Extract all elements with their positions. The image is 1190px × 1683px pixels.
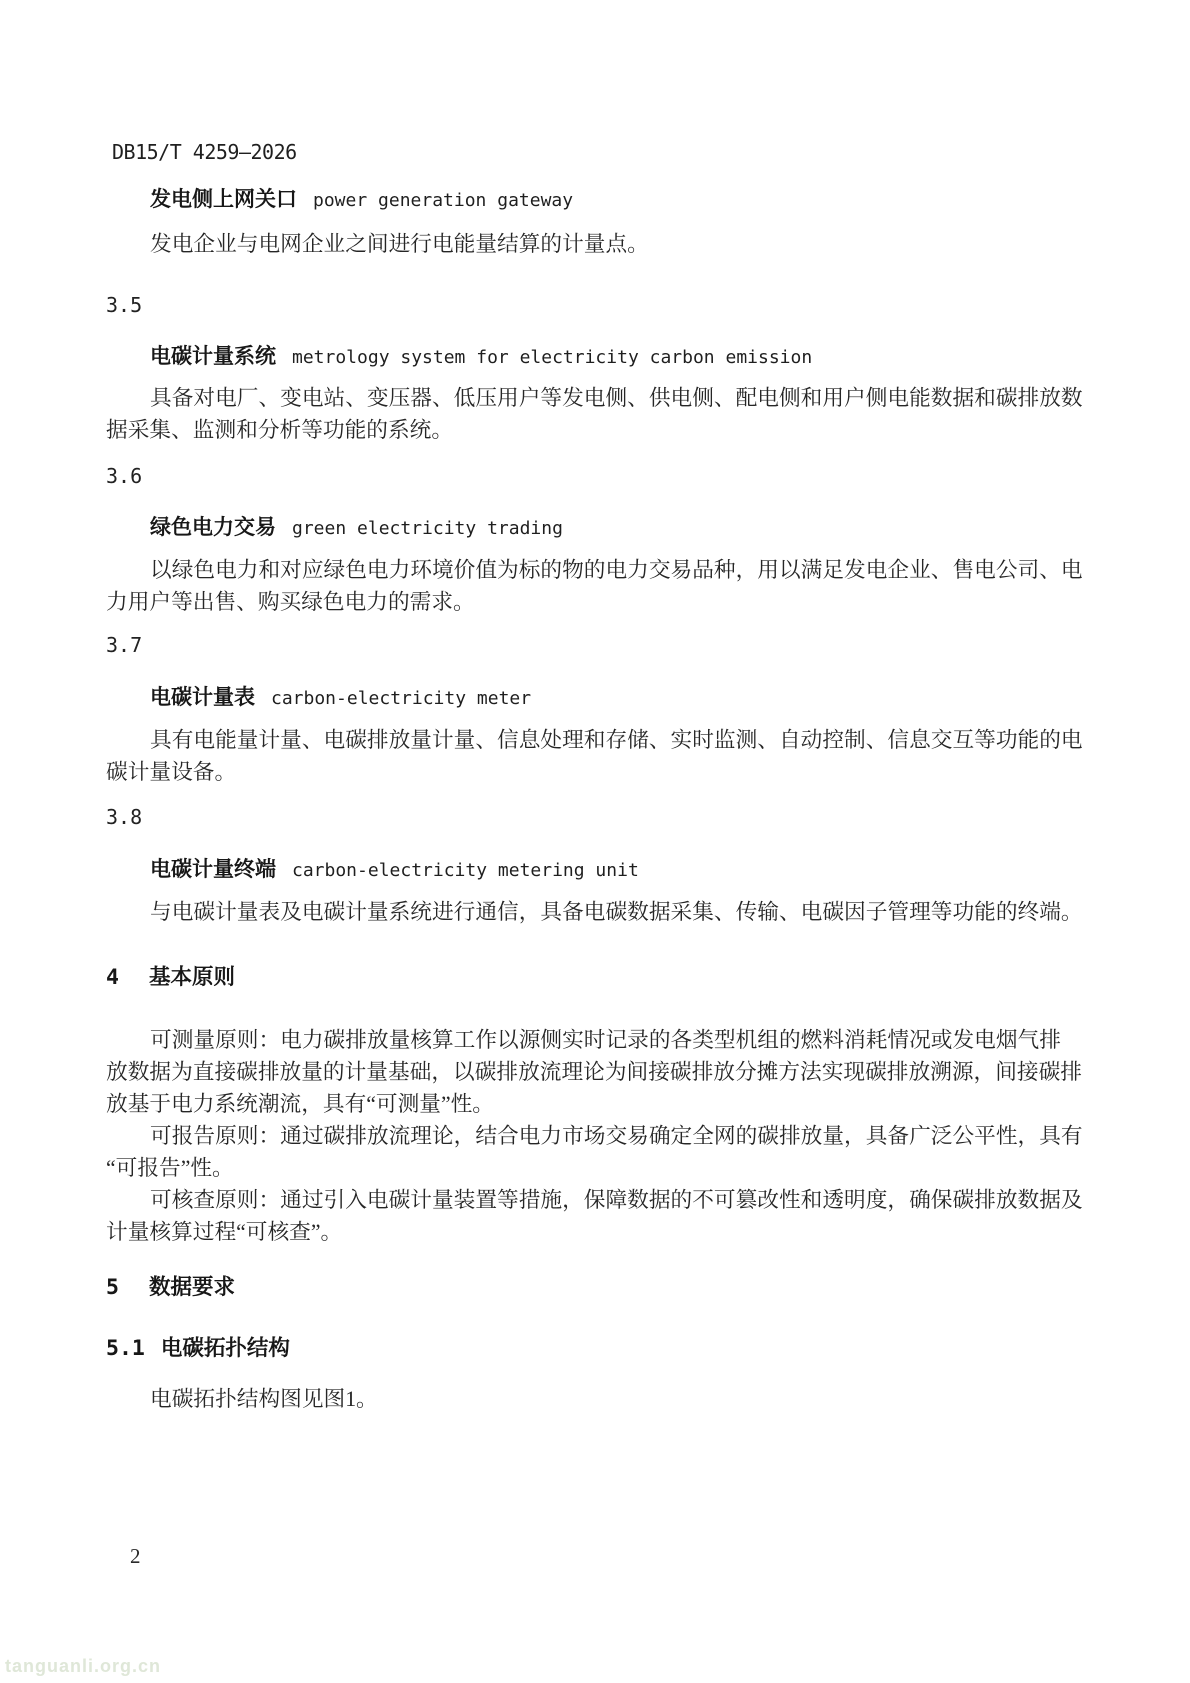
term-definition: 发电企业与电网企业之间进行电能量结算的计量点。 — [106, 228, 649, 260]
term-heading-green-electricity-trading: 绿色电力交易 green electricity trading — [150, 511, 563, 541]
term-en: green electricity trading — [292, 518, 563, 539]
document-page: DB15/T 4259—2026 发电侧上网关口 power generatio… — [0, 0, 1190, 1683]
term-definition: 与电碳计量表及电碳计量系统进行通信，具备电碳数据采集、传输、电碳因子管理等功能的… — [106, 896, 1083, 928]
section-number: 4 — [106, 965, 119, 990]
paragraph-line: 放数据为直接碳排放量的计量基础，以碳排放流理论为间接碳排放分摊方法实现碳排放溯源… — [106, 1056, 1083, 1088]
term-en: carbon-electricity metering unit — [292, 860, 639, 881]
paragraph-line: 电碳拓扑结构图见图1。 — [106, 1383, 378, 1415]
term-heading-power-generation-gateway: 发电侧上网关口 power generation gateway — [150, 183, 573, 213]
watermark: tanguanli.org.cn — [5, 1656, 161, 1677]
section-title: 电碳拓扑结构 — [161, 1331, 290, 1362]
term-zh: 发电侧上网关口 — [150, 183, 297, 213]
paragraph-line: 计量核算过程“可核查”。 — [106, 1216, 1083, 1248]
term-definition: 具有电能量计量、电碳排放量计量、信息处理和存储、实时监测、自动控制、信息交互等功… — [106, 724, 1083, 788]
section-title: 数据要求 — [149, 1270, 235, 1301]
definition-line: 据采集、监测和分析等功能的系统。 — [106, 414, 1083, 446]
section-heading-basic-principles: 4 基本原则 — [106, 960, 235, 991]
term-en: metrology system for electricity carbon … — [292, 347, 812, 368]
clause-number-3-6: 3.6 — [106, 464, 142, 488]
term-zh: 绿色电力交易 — [150, 511, 276, 541]
clause-number-3-5: 3.5 — [106, 293, 142, 317]
clause-number-3-7: 3.7 — [106, 633, 142, 657]
term-zh: 电碳计量终端 — [150, 853, 276, 883]
section-number: 5.1 — [106, 1336, 145, 1361]
paragraph-line: 可报告原则：通过碳排放流理论，结合电力市场交易确定全网的碳排放量，具备广泛公平性… — [106, 1120, 1083, 1152]
definition-line: 以绿色电力和对应绿色电力环境价值为标的物的电力交易品种，用以满足发电企业、售电公… — [106, 554, 1083, 586]
term-definition: 具备对电厂、变电站、变压器、低压用户等发电侧、供电侧、配电侧和用户侧电能数据和碳… — [106, 382, 1083, 446]
standard-number: DB15/T 4259—2026 — [112, 140, 297, 164]
section-heading-data-requirements: 5 数据要求 — [106, 1270, 235, 1301]
term-zh: 电碳计量系统 — [150, 340, 276, 370]
term-heading-metrology-system: 电碳计量系统 metrology system for electricity … — [150, 340, 812, 370]
section-number: 5 — [106, 1275, 119, 1300]
definition-line: 与电碳计量表及电碳计量系统进行通信，具备电碳数据采集、传输、电碳因子管理等功能的… — [106, 896, 1083, 928]
definition-line: 具有电能量计量、电碳排放量计量、信息处理和存储、实时监测、自动控制、信息交互等功… — [106, 724, 1083, 756]
term-definition: 以绿色电力和对应绿色电力环境价值为标的物的电力交易品种，用以满足发电企业、售电公… — [106, 554, 1083, 618]
term-heading-carbon-electricity-meter: 电碳计量表 carbon-electricity meter — [150, 681, 531, 711]
principles-paragraphs: 可测量原则：电力碳排放量核算工作以源侧实时记录的各类型机组的燃料消耗情况或发电烟… — [106, 1024, 1083, 1248]
page-number: 2 — [130, 1544, 141, 1569]
paragraph-line: 可核查原则：通过引入电碳计量装置等措施，保障数据的不可篡改性和透明度，确保碳排放… — [106, 1184, 1083, 1216]
paragraph-line: “可报告”性。 — [106, 1152, 1083, 1184]
definition-line: 具备对电厂、变电站、变压器、低压用户等发电侧、供电侧、配电侧和用户侧电能数据和碳… — [106, 382, 1083, 414]
paragraph-line: 放基于电力系统潮流，具有“可测量”性。 — [106, 1088, 1083, 1120]
term-en: power generation gateway — [313, 190, 573, 211]
section-title: 基本原则 — [149, 960, 235, 991]
definition-line: 发电企业与电网企业之间进行电能量结算的计量点。 — [106, 228, 649, 260]
definition-line: 碳计量设备。 — [106, 756, 1083, 788]
paragraph-line: 可测量原则：电力碳排放量核算工作以源侧实时记录的各类型机组的燃料消耗情况或发电烟… — [106, 1024, 1083, 1056]
topology-paragraph: 电碳拓扑结构图见图1。 — [106, 1383, 378, 1415]
section-heading-topology: 5.1 电碳拓扑结构 — [106, 1331, 290, 1362]
term-zh: 电碳计量表 — [150, 681, 255, 711]
definition-line: 力用户等出售、购买绿色电力的需求。 — [106, 586, 1083, 618]
term-heading-carbon-electricity-metering-unit: 电碳计量终端 carbon-electricity metering unit — [150, 853, 639, 883]
term-en: carbon-electricity meter — [271, 688, 531, 709]
clause-number-3-8: 3.8 — [106, 805, 142, 829]
